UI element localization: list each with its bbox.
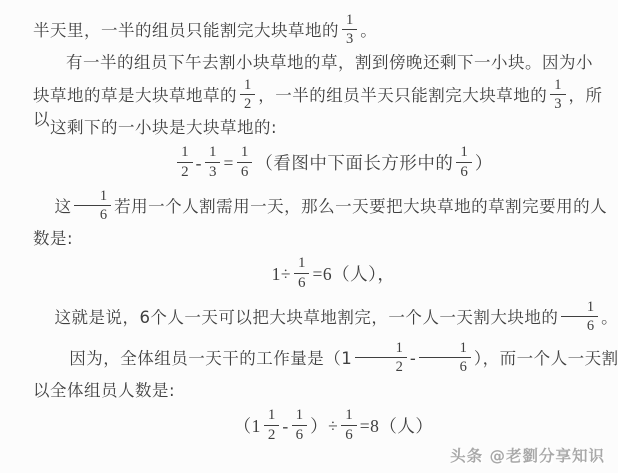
fraction-numerator: 1 — [342, 13, 357, 31]
fraction-denominator: 6 — [292, 426, 308, 443]
text-run: ） — [475, 153, 493, 173]
equation-line: （112-16）÷16=8（人） — [33, 403, 592, 449]
text-run: 块草地的草是大块草地草的 — [33, 86, 237, 105]
fraction: 16 — [292, 408, 308, 443]
fraction: 16 — [561, 300, 598, 334]
fraction-numerator: 1 — [355, 341, 407, 359]
fraction-numerator: 1 — [419, 341, 471, 359]
text-run: 有一半的组员下午去割小块草地的草，割到傍晚还剩下一小块。因为小 — [66, 53, 593, 72]
text-run: 数是: — [33, 229, 73, 248]
fraction-denominator: 3 — [550, 95, 565, 112]
text-run: 半天里，一半的组员只能割完大块草地的 — [33, 21, 339, 40]
text-run: ），而一个人一天割 — [474, 349, 618, 368]
text-line: 以这剩下的一小块是大块草地的: — [33, 116, 592, 140]
equation-line: 12-13=16（看图中下面长方形中的16） — [33, 140, 592, 186]
text-run: 1÷ — [272, 264, 291, 284]
text-run: 这就是说，6个人一天可以把大块草地割完，一个人一天割大块地的 — [54, 308, 558, 327]
text-line: 半天里，一半的组员只能割完大块草地的13。 — [33, 10, 592, 51]
text-run: （看图中下面长方形中的 — [255, 153, 453, 173]
fraction-numerator: 1 — [264, 408, 280, 426]
text-line: 数是: — [33, 227, 592, 251]
fraction-denominator: 6 — [341, 426, 357, 443]
fraction: 13 — [342, 13, 357, 47]
fraction-denominator: 2 — [240, 95, 255, 112]
fraction-numerator: 1 — [341, 408, 357, 426]
text-run: =6（人）， — [312, 264, 395, 284]
text-line: 有一半的组员下午去割小块草地的草，割到傍晚还剩下一小块。因为小 — [33, 51, 592, 75]
equation-line: 1÷16=6（人）， — [33, 251, 592, 297]
text-run: = — [223, 153, 233, 173]
fraction-numerator: 1 — [561, 300, 598, 318]
fraction-denominator: 6 — [294, 274, 310, 291]
document-body: 半天里，一半的组员只能割完大块草地的13。有一半的组员下午去割小块草地的草，割到… — [33, 10, 592, 449]
fraction: 12 — [177, 145, 193, 180]
text-run: （1 — [234, 416, 261, 436]
fraction-numerator: 1 — [292, 408, 308, 426]
fraction-denominator: 6 — [237, 163, 253, 180]
fraction-denominator: 6 — [74, 206, 111, 223]
text-run: 。 — [360, 21, 377, 40]
fraction-numerator: 1 — [550, 78, 565, 96]
fraction: 13 — [550, 78, 565, 112]
text-run: 若用一个人割需用一天，那么一天要把大块草地的草割完要用的人 — [114, 197, 607, 216]
fraction-numerator: 1 — [237, 145, 253, 163]
text-line: 这就是说，6个人一天可以把大块草地割完，一个人一天割大块地的16。 — [33, 297, 592, 338]
fraction-denominator: 2 — [177, 163, 193, 180]
fraction-denominator: 2 — [264, 426, 280, 443]
text-run: 以 — [33, 110, 50, 129]
fraction-numerator: 1 — [294, 256, 310, 274]
fraction-numerator: 1 — [74, 189, 111, 207]
fraction-denominator: 6 — [456, 163, 472, 180]
fraction-numerator: 1 — [205, 145, 221, 163]
fraction: 16 — [74, 189, 111, 223]
text-run: 以全体组员人数是: — [33, 381, 175, 400]
text-line: 以全体组员人数是: — [33, 379, 592, 403]
fraction: 16 — [341, 408, 357, 443]
fraction-numerator: 1 — [240, 78, 255, 96]
fraction: 16 — [237, 145, 253, 180]
fraction: 16 — [456, 145, 472, 180]
fraction-denominator: 3 — [342, 30, 357, 47]
watermark-text: 头条 @老劉分享知识 — [450, 444, 605, 466]
fraction: 13 — [205, 145, 221, 180]
fraction: 12 — [264, 408, 280, 443]
fraction: 12 — [240, 78, 255, 112]
text-run: - — [410, 349, 416, 368]
fraction: 12 — [355, 341, 407, 375]
fraction: 16 — [419, 341, 471, 375]
fraction-numerator: 1 — [456, 145, 472, 163]
text-run: ，所 — [569, 86, 603, 105]
fraction-denominator: 6 — [419, 358, 471, 375]
text-run: =8（人） — [360, 416, 434, 436]
fraction-denominator: 6 — [561, 317, 598, 334]
text-line: 因为，全体组员一天干的工作量是（112-16），而一个人一天割16，所 — [33, 338, 592, 379]
text-run: ）÷ — [310, 416, 338, 436]
text-line: 这16若用一个人割需用一天，那么一天要把大块草地的草割完要用的人 — [33, 186, 592, 227]
document-page: 半天里，一半的组员只能割完大块草地的13。有一半的组员下午去割小块草地的草，割到… — [0, 0, 618, 473]
text-line: 块草地的草是大块草地草的12，一半的组员半天只能割完大块草地的13，所 — [33, 75, 592, 116]
text-run: - — [196, 153, 202, 173]
text-run: - — [282, 416, 288, 436]
fraction-denominator: 3 — [205, 163, 221, 180]
text-run: 因为，全体组员一天干的工作量是（1 — [69, 349, 352, 368]
text-run: 。 — [601, 308, 618, 327]
fraction-denominator: 2 — [355, 358, 407, 375]
text-run: ，一半的组员半天只能割完大块草地的 — [258, 86, 547, 105]
fraction: 16 — [294, 256, 310, 291]
fraction-numerator: 1 — [177, 145, 193, 163]
text-run: 这 — [54, 197, 71, 216]
text-run: 这剩下的一小块是大块草地的: — [50, 118, 277, 137]
